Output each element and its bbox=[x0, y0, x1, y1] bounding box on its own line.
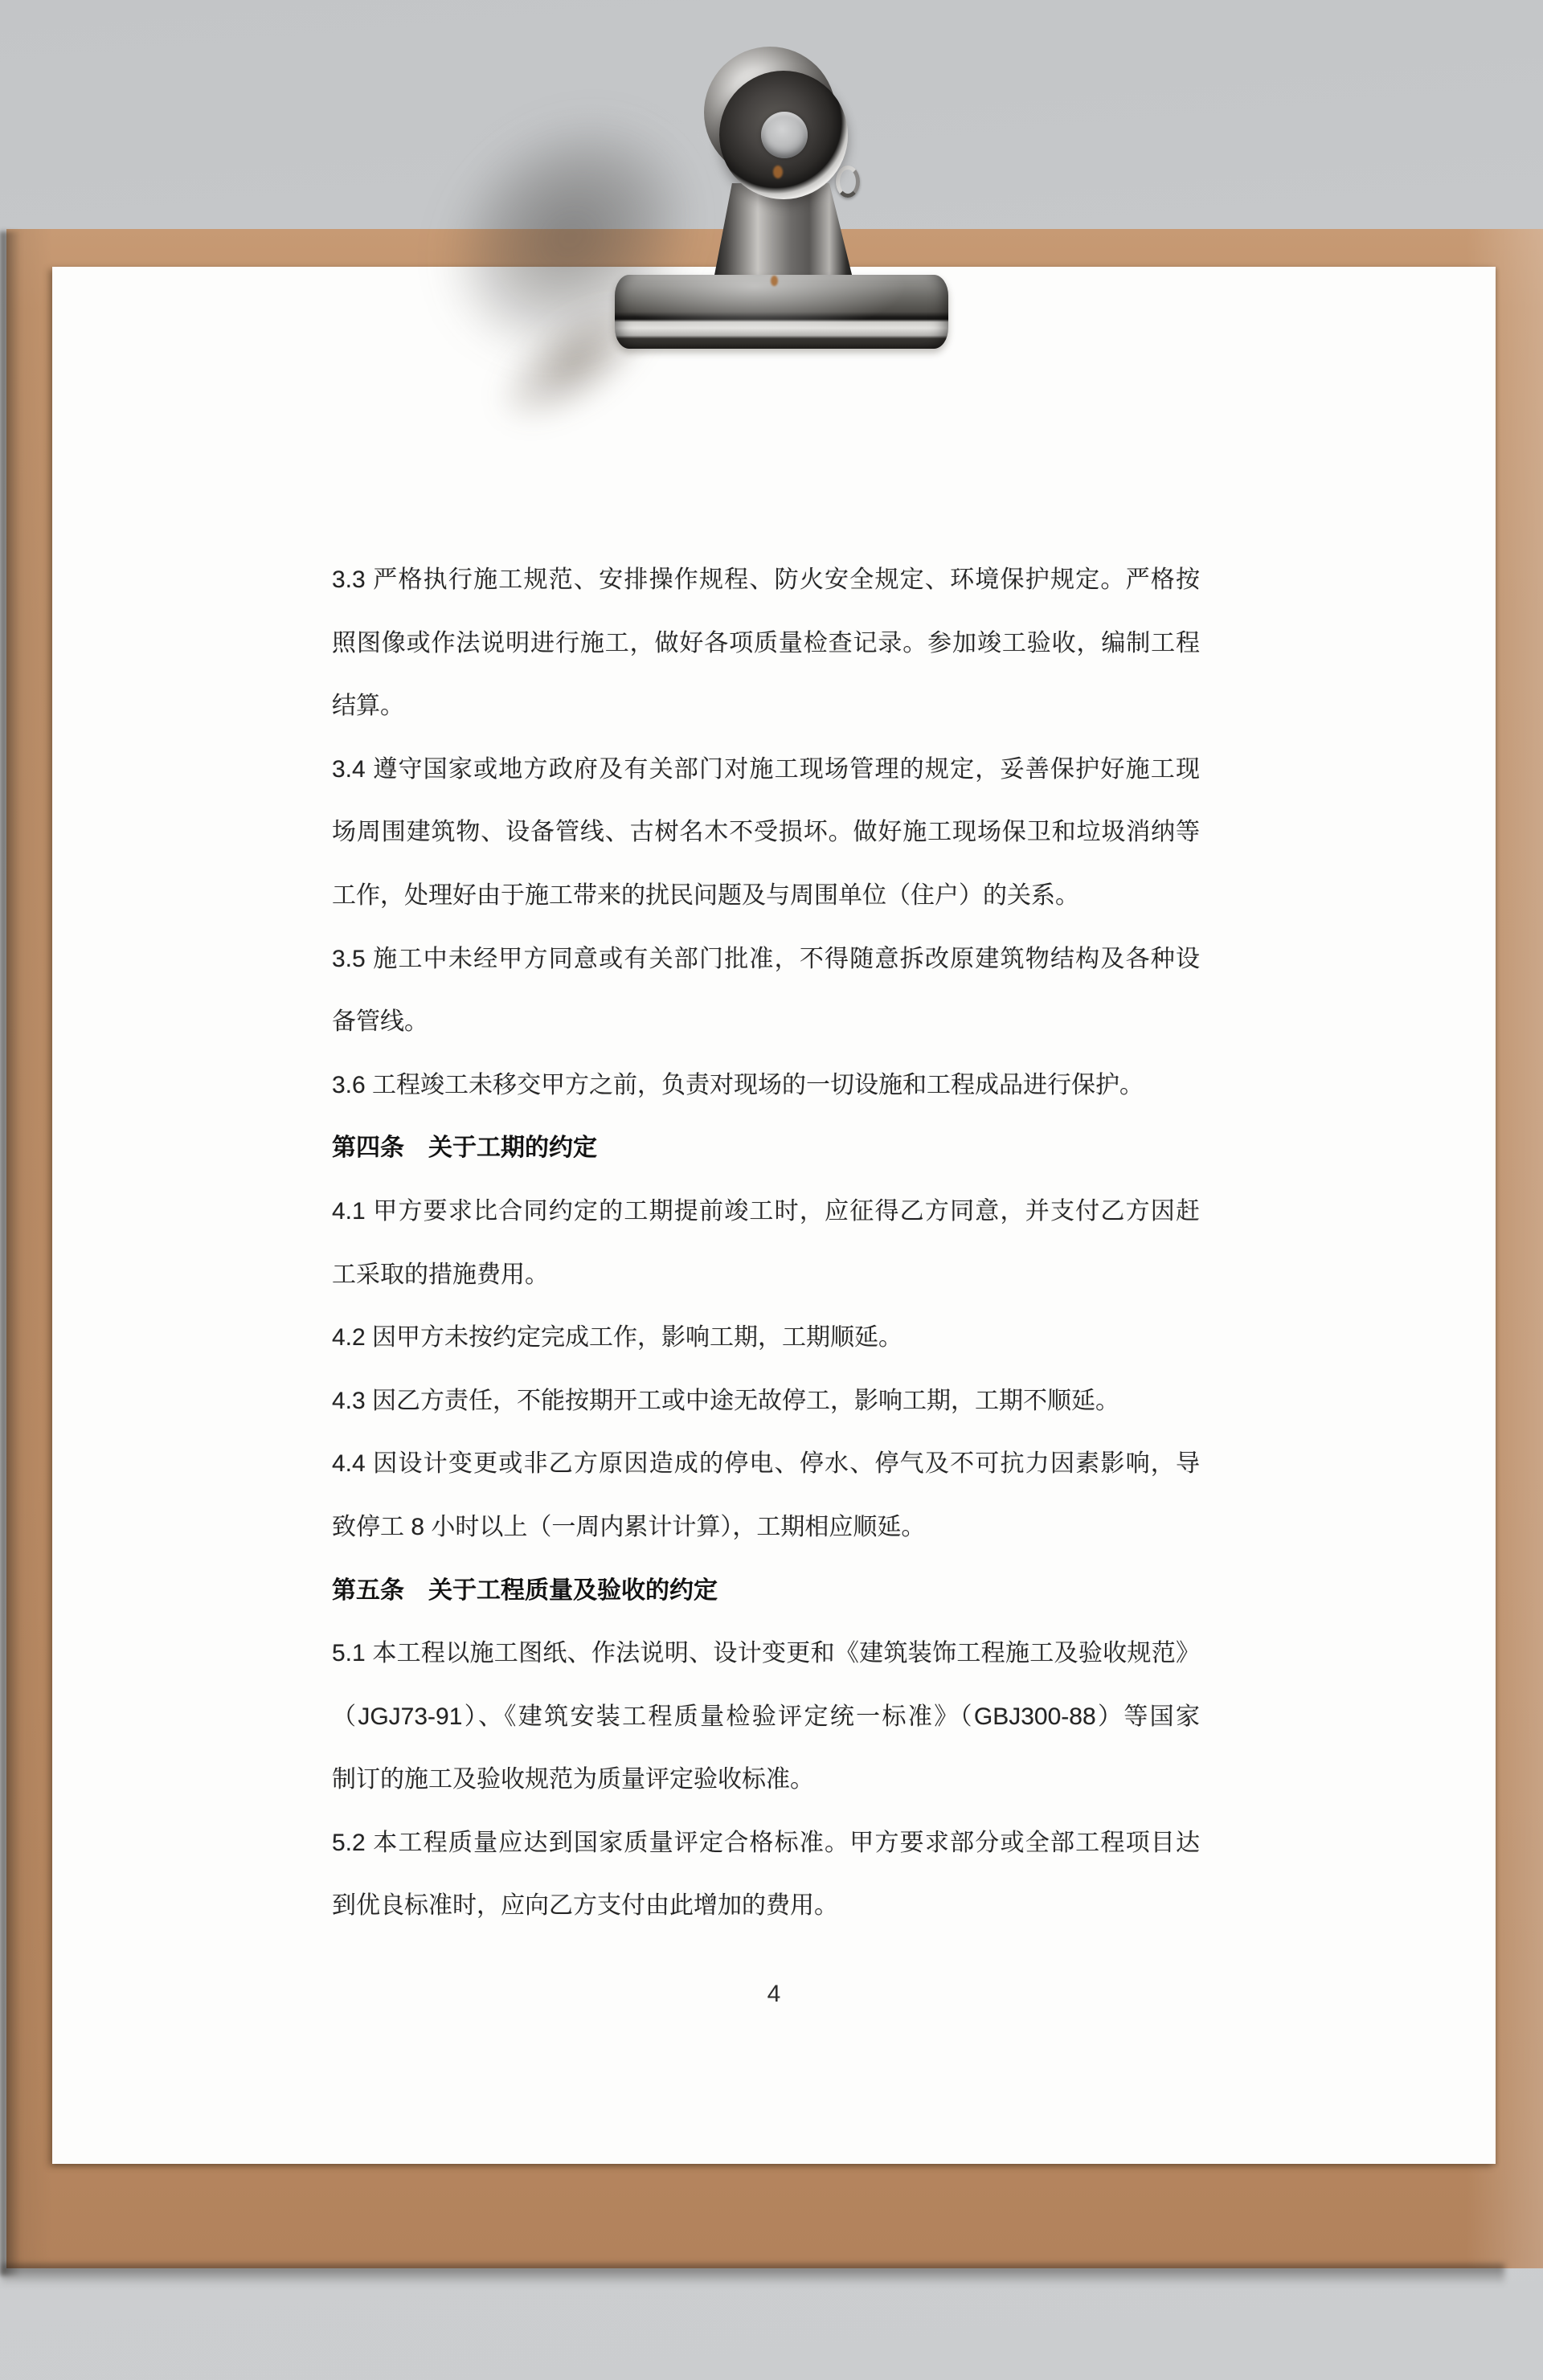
clip-bar bbox=[615, 275, 948, 349]
document-line: 4.4 因设计变更或非乙方原因造成的停电、停水、停气及不可抗力因素影响，导 bbox=[332, 1433, 1200, 1496]
document-line: 到优良标准时，应向乙方支付由此增加的费用。 bbox=[332, 1875, 1200, 1938]
document-line: 3.4 遵守国家或地方政府及有关部门对施工现场管理的规定，妥善保护好施工现 bbox=[332, 738, 1200, 802]
document-line: 4.3 因乙方责任，不能按期开工或中途无故停工，影响工期，工期不顺延。 bbox=[332, 1370, 1200, 1433]
document-line: 3.6 工程竣工未移交甲方之前，负责对现场的一切设施和工程成品进行保护。 bbox=[332, 1054, 1200, 1118]
clip-hole-reflection bbox=[773, 166, 783, 178]
document-line: 工作，处理好由于施工带来的扰民问题及与周围单位（住户）的关系。 bbox=[332, 865, 1200, 928]
document-line: 工采取的措施费用。 bbox=[332, 1244, 1200, 1307]
clipboard-left-shadow bbox=[0, 231, 21, 2276]
clip-hook bbox=[836, 166, 860, 198]
document-line: 4.2 因甲方未按约定完成工作，影响工期，工期顺延。 bbox=[332, 1307, 1200, 1370]
section-heading: 第四条 关于工期的约定 bbox=[332, 1117, 1200, 1180]
clip-bar-reflection bbox=[771, 276, 778, 286]
document-line: 3.3 严格执行施工规范、安排操作规程、防火安全规定、环境保护规定。严格按 bbox=[332, 549, 1200, 612]
document-line: 场周围建筑物、设备管线、古树名木不受损坏。做好施工现场保卫和垃圾消纳等 bbox=[332, 801, 1200, 865]
document-line: 结算。 bbox=[332, 675, 1200, 738]
document-line: 致停工 8 小时以上（一周内累计计算），工期相应顺延。 bbox=[332, 1496, 1200, 1560]
section-heading: 第五条 关于工程质量及验收的约定 bbox=[332, 1560, 1200, 1623]
document-line: 5.1 本工程以施工图纸、作法说明、设计变更和《建筑装饰工程施工及验收规范》 bbox=[332, 1622, 1200, 1686]
document-line: 5.2 本工程质量应达到国家质量评定合格标准。甲方要求部分或全部工程项目达 bbox=[332, 1812, 1200, 1875]
document-line: （JGJ73-91）、《建筑安装工程质量检验评定统一标准》（GBJ300-88）… bbox=[332, 1686, 1200, 1749]
document-line: 3.5 施工中未经甲方同意或有关部门批准，不得随意拆改原建筑物结构及各种设 bbox=[332, 928, 1200, 992]
document-line: 照图像或作法说明进行施工，做好各项质量检查记录。参加竣工验收，编制工程 bbox=[332, 612, 1200, 676]
document-line: 制订的施工及验收规范为质量评定验收标准。 bbox=[332, 1748, 1200, 1812]
document-line: 4.1 甲方要求比合同约定的工期提前竣工时，应征得乙方同意，并支付乙方因赶 bbox=[332, 1180, 1200, 1244]
paper-sheet: 3.3 严格执行施工规范、安排操作规程、防火安全规定、环境保护规定。严格按照图像… bbox=[52, 267, 1496, 2164]
document-line: 备管线。 bbox=[332, 991, 1200, 1054]
scene: 3.3 严格执行施工规范、安排操作规程、防火安全规定、环境保护规定。严格按照图像… bbox=[0, 0, 1543, 2380]
page-number: 4 bbox=[52, 1981, 1496, 2013]
clipboard-bottom-shadow bbox=[2, 2264, 1504, 2285]
clip-coil-hole bbox=[761, 112, 808, 158]
document-lines: 3.3 严格执行施工规范、安排操作规程、防火安全规定、环境保护规定。严格按照图像… bbox=[332, 549, 1200, 1938]
